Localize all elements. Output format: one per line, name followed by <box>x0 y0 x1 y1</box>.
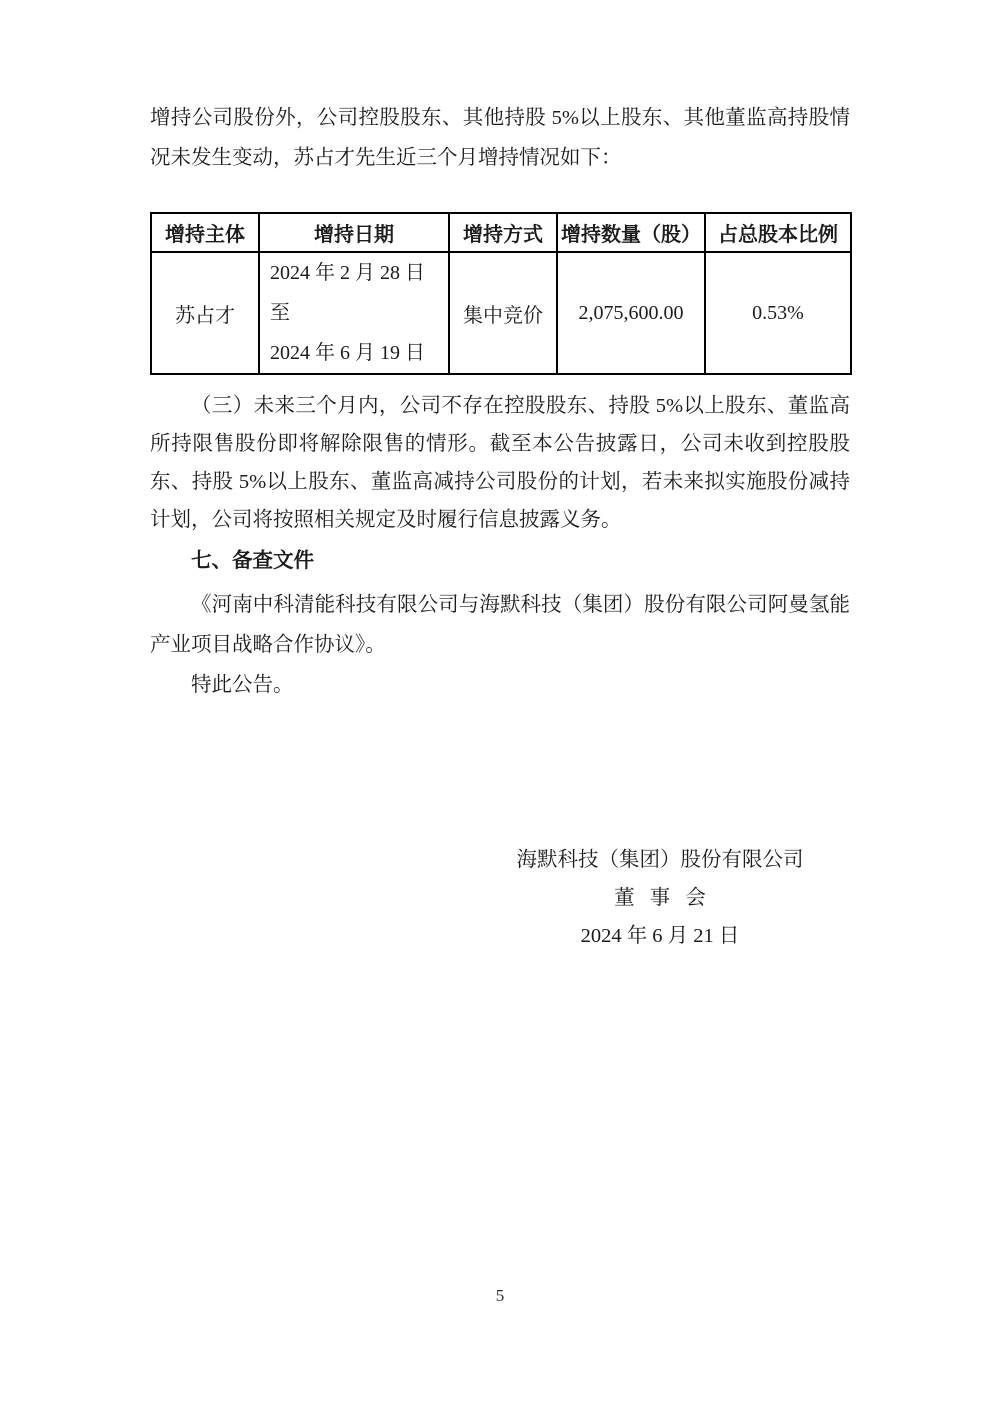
table-row: 苏占才 2024 年 2 月 28 日至 2024 年 6 月 19 日 集中竞… <box>151 252 851 374</box>
cell-subject: 苏占才 <box>151 252 259 374</box>
document-content: 增持公司股份外，公司控股股东、其他持股 5%以上股东、其他董监高持股情况未发生变… <box>150 0 850 955</box>
section-heading: 七、备查文件 <box>150 541 850 581</box>
date-line-start: 2024 年 2 月 28 日至 <box>270 253 444 333</box>
signature-date: 2024 年 6 月 21 日 <box>360 917 960 955</box>
signature-company: 海默科技（集团）股份有限公司 <box>360 841 960 879</box>
cell-date: 2024 年 2 月 28 日至 2024 年 6 月 19 日 <box>259 252 449 374</box>
table-header-method: 增持方式 <box>449 213 557 252</box>
table-header-quantity: 增持数量（股） <box>557 213 705 252</box>
document-page: 增持公司股份外，公司控股股东、其他持股 5%以上股东、其他董监高持股情况未发生变… <box>0 0 1000 1413</box>
paragraph-intro: 增持公司股份外，公司控股股东、其他持股 5%以上股东、其他董监高持股情况未发生变… <box>150 98 850 178</box>
cell-quantity: 2,075,600.00 <box>557 252 705 374</box>
signature-block: 海默科技（集团）股份有限公司 董 事 会 2024 年 6 月 21 日 <box>360 841 960 955</box>
document-reference: 《河南中科清能科技有限公司与海默科技（集团）股份有限公司阿曼氢能产业项目战略合作… <box>150 585 850 665</box>
closing-statement: 特此公告。 <box>150 665 850 705</box>
paragraph-three: （三）未来三个月内，公司不存在控股股东、持股 5%以上股东、董监高所持限售股份即… <box>150 387 850 539</box>
shareholding-increase-table: 增持主体 增持日期 增持方式 增持数量（股） 占总股本比例 苏占才 2024 年… <box>150 212 852 375</box>
table-header-row: 增持主体 增持日期 增持方式 增持数量（股） 占总股本比例 <box>151 213 851 252</box>
cell-ratio: 0.53% <box>705 252 851 374</box>
table-header-date: 增持日期 <box>259 213 449 252</box>
date-line-end: 2024 年 6 月 19 日 <box>270 333 444 373</box>
table-header-subject: 增持主体 <box>151 213 259 252</box>
signature-board: 董 事 会 <box>360 879 960 917</box>
table-header-ratio: 占总股本比例 <box>705 213 851 252</box>
page-number: 5 <box>0 1286 1000 1306</box>
cell-method: 集中竞价 <box>449 252 557 374</box>
